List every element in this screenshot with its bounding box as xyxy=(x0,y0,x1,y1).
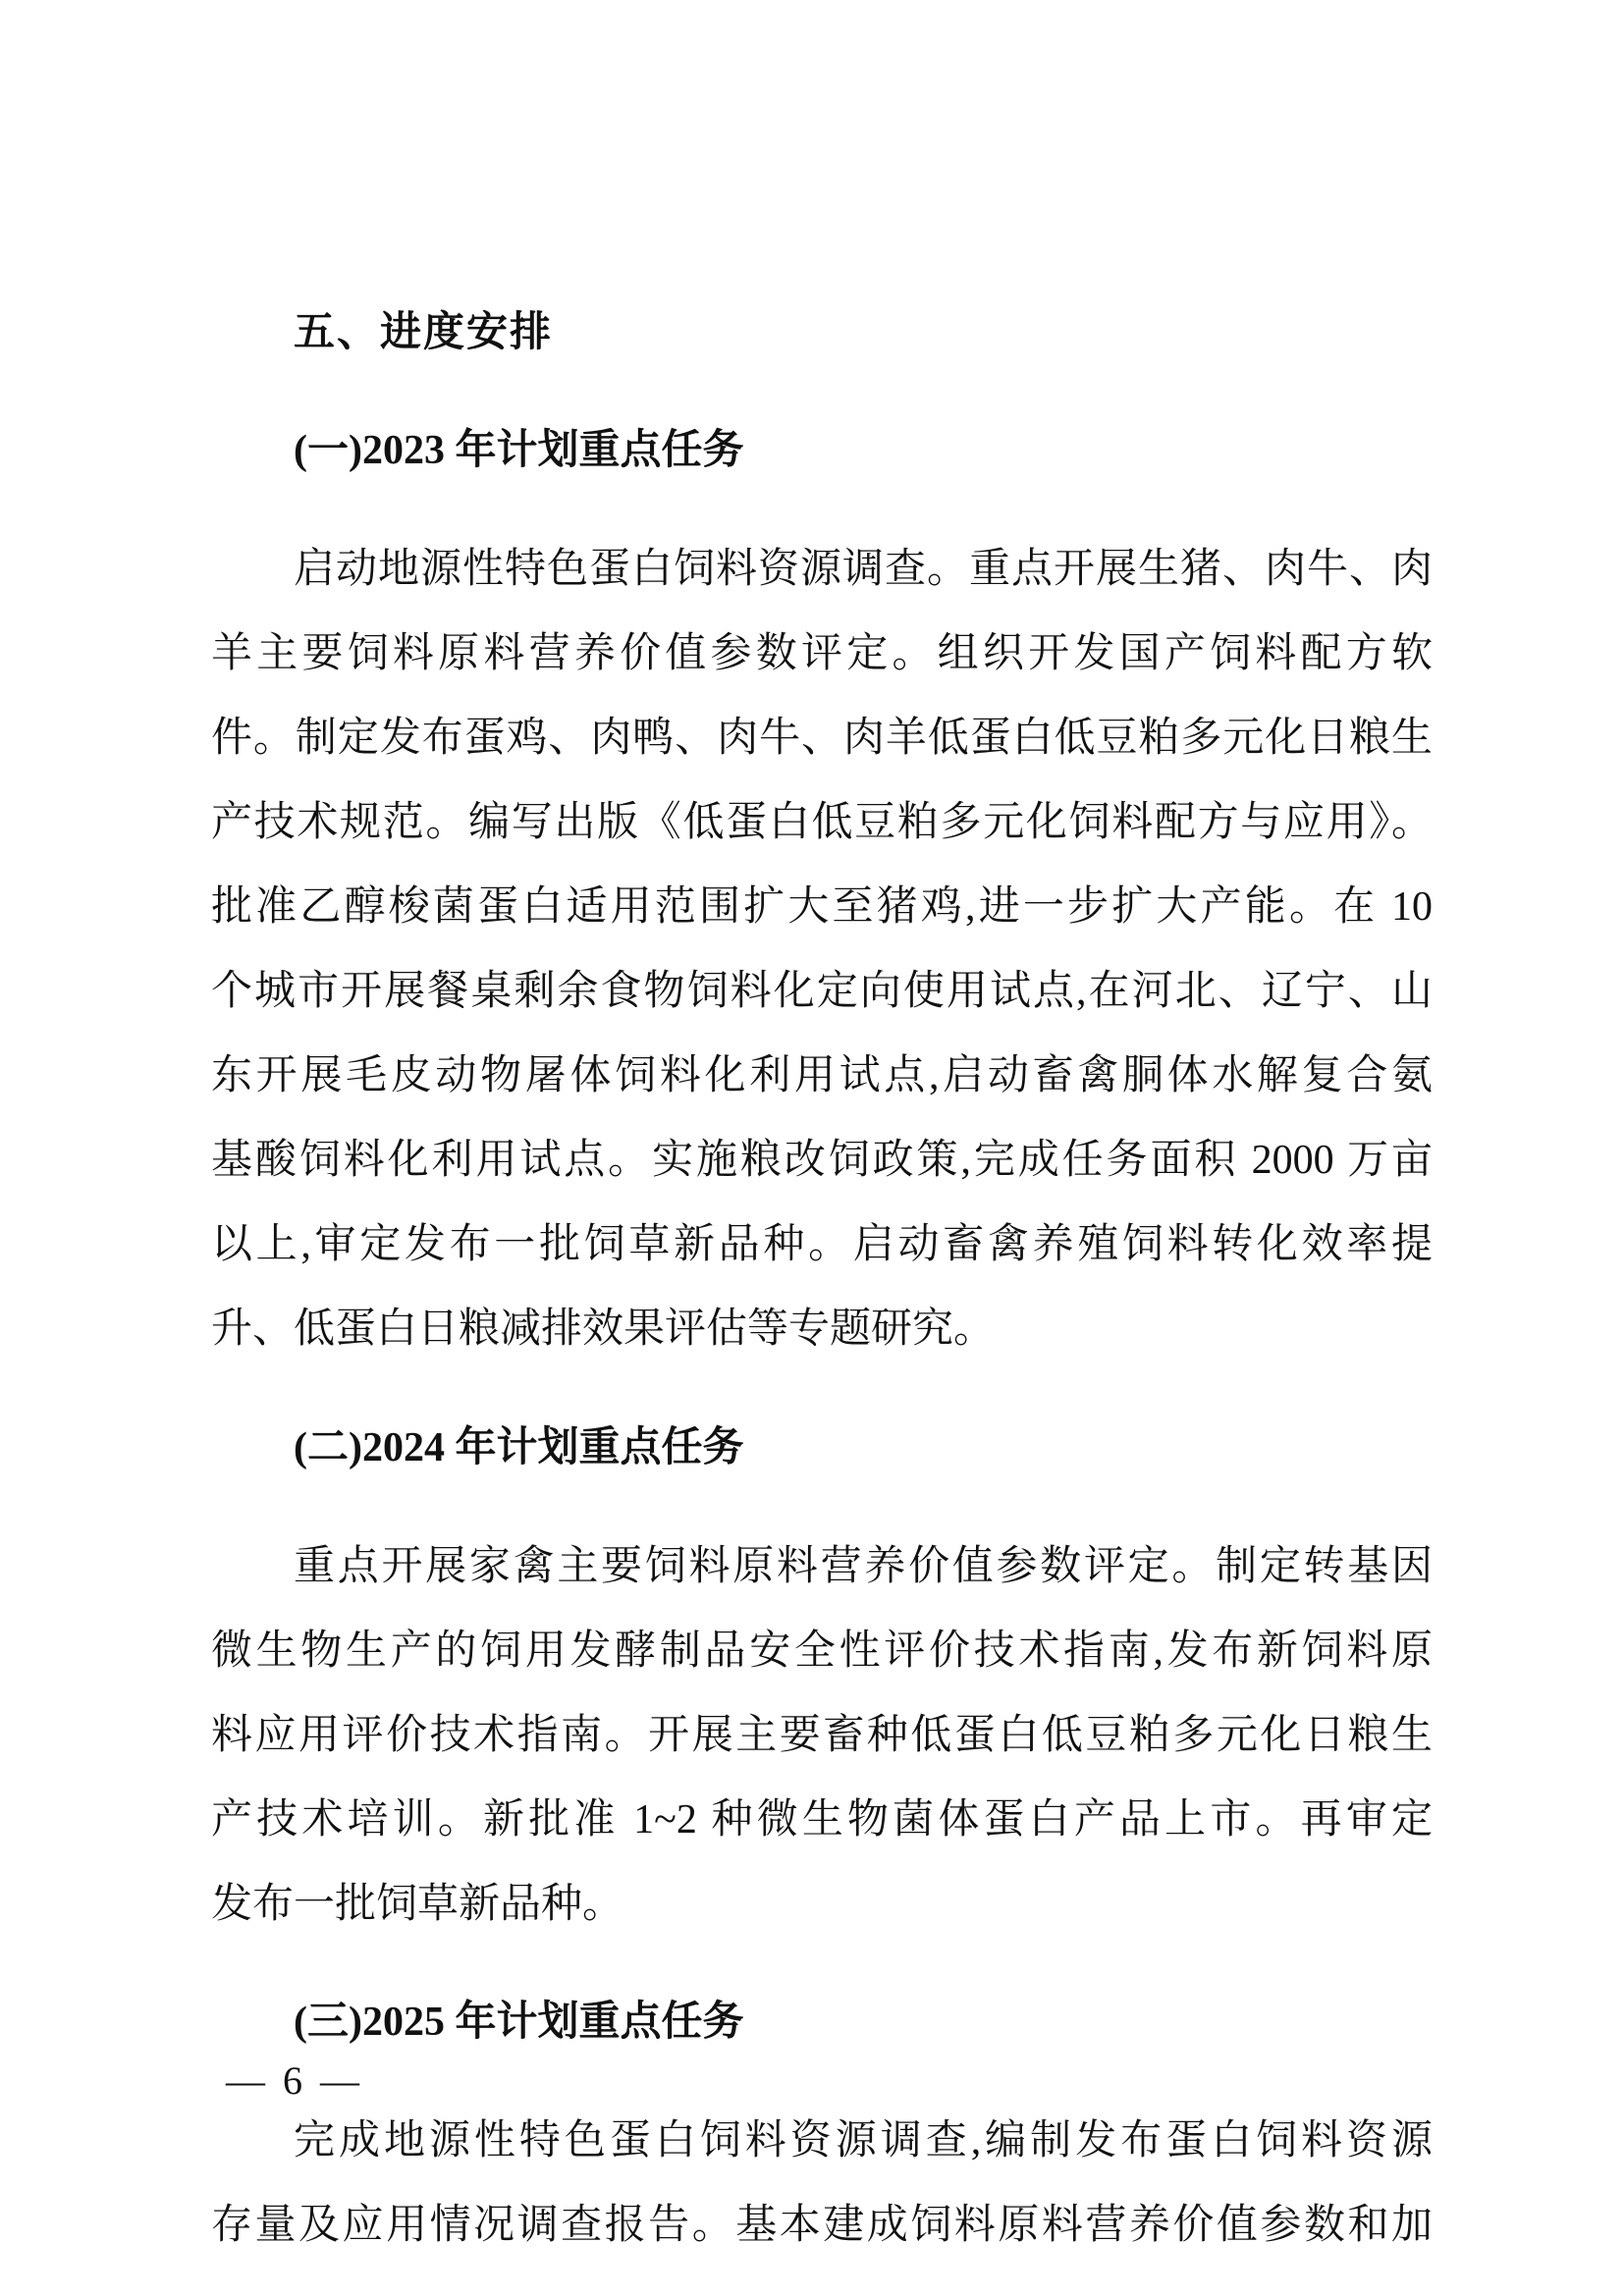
section-heading: 五、进度安排 xyxy=(211,290,1433,374)
body-line: 东开展毛皮动物屠体饲料化利用试点,启动畜禽胴体水解复合氨 xyxy=(211,1034,1433,1118)
body-line: 产技术规范。编写出版《低蛋白低豆粕多元化饲料配方与应用》。 xyxy=(211,780,1433,865)
body-line: 升、低蛋白日粮减排效果评估等专题研究。 xyxy=(211,1287,1433,1371)
body-line: 完成地源性特色蛋白饲料资源调查,编制发布蛋白饲料资源 xyxy=(211,2099,1433,2183)
body-line: 个城市开展餐桌剩余食物饲料化定向使用试点,在河北、辽宁、山 xyxy=(211,949,1433,1034)
body-line: 批准乙醇梭菌蛋白适用范围扩大至猪鸡,进一步扩大产能。在 10 xyxy=(211,865,1433,949)
body-line: 存量及应用情况调查报告。基本建成饲料原料营养价值参数和加 xyxy=(211,2183,1433,2268)
body-line: 基酸饲料化利用试点。实施粮改饲政策,完成任务面积 2000 万亩 xyxy=(211,1118,1433,1202)
page-number: — 6 — xyxy=(226,2057,363,2105)
body-line: 件。制定发布蛋鸡、肉鸭、肉牛、肉羊低蛋白低豆粕多元化日粮生 xyxy=(211,696,1433,780)
body-line: 微生物生产的饲用发酵制品安全性评价技术指南,发布新饲料原 xyxy=(211,1609,1433,1693)
body-line: 产技术培训。新批准 1~2 种微生物菌体蛋白产品上市。再审定 xyxy=(211,1778,1433,1862)
body-line: 发布一批饲草新品种。 xyxy=(211,1862,1433,1947)
subsection-heading-2025: (三)2025 年计划重点任务 xyxy=(211,1980,1433,2064)
body-line: 重点开展家禽主要饲料原料营养价值参数评定。制定转基因 xyxy=(211,1524,1433,1609)
body-line: 以上,审定发布一批饲草新品种。启动畜禽养殖饲料转化效率提 xyxy=(211,1202,1433,1287)
subsection-heading-2023: (一)2023 年计划重点任务 xyxy=(211,408,1433,493)
body-line: 羊主要饲料原料营养价值参数评定。组织开发国产饲料配方软 xyxy=(211,612,1433,696)
subsection-heading-2024: (二)2024 年计划重点任务 xyxy=(211,1406,1433,1490)
body-line: 启动地源性特色蛋白饲料资源调查。重点开展生猪、肉牛、肉 xyxy=(211,527,1433,612)
document-body: 五、进度安排 (一)2023 年计划重点任务 启动地源性特色蛋白饲料资源调查。重… xyxy=(0,0,1624,2268)
body-line: 料应用评价技术指南。开展主要畜种低蛋白低豆粕多元化日粮生 xyxy=(211,1693,1433,1778)
document-page: 五、进度安排 (一)2023 年计划重点任务 启动地源性特色蛋白饲料资源调查。重… xyxy=(0,0,1624,2296)
